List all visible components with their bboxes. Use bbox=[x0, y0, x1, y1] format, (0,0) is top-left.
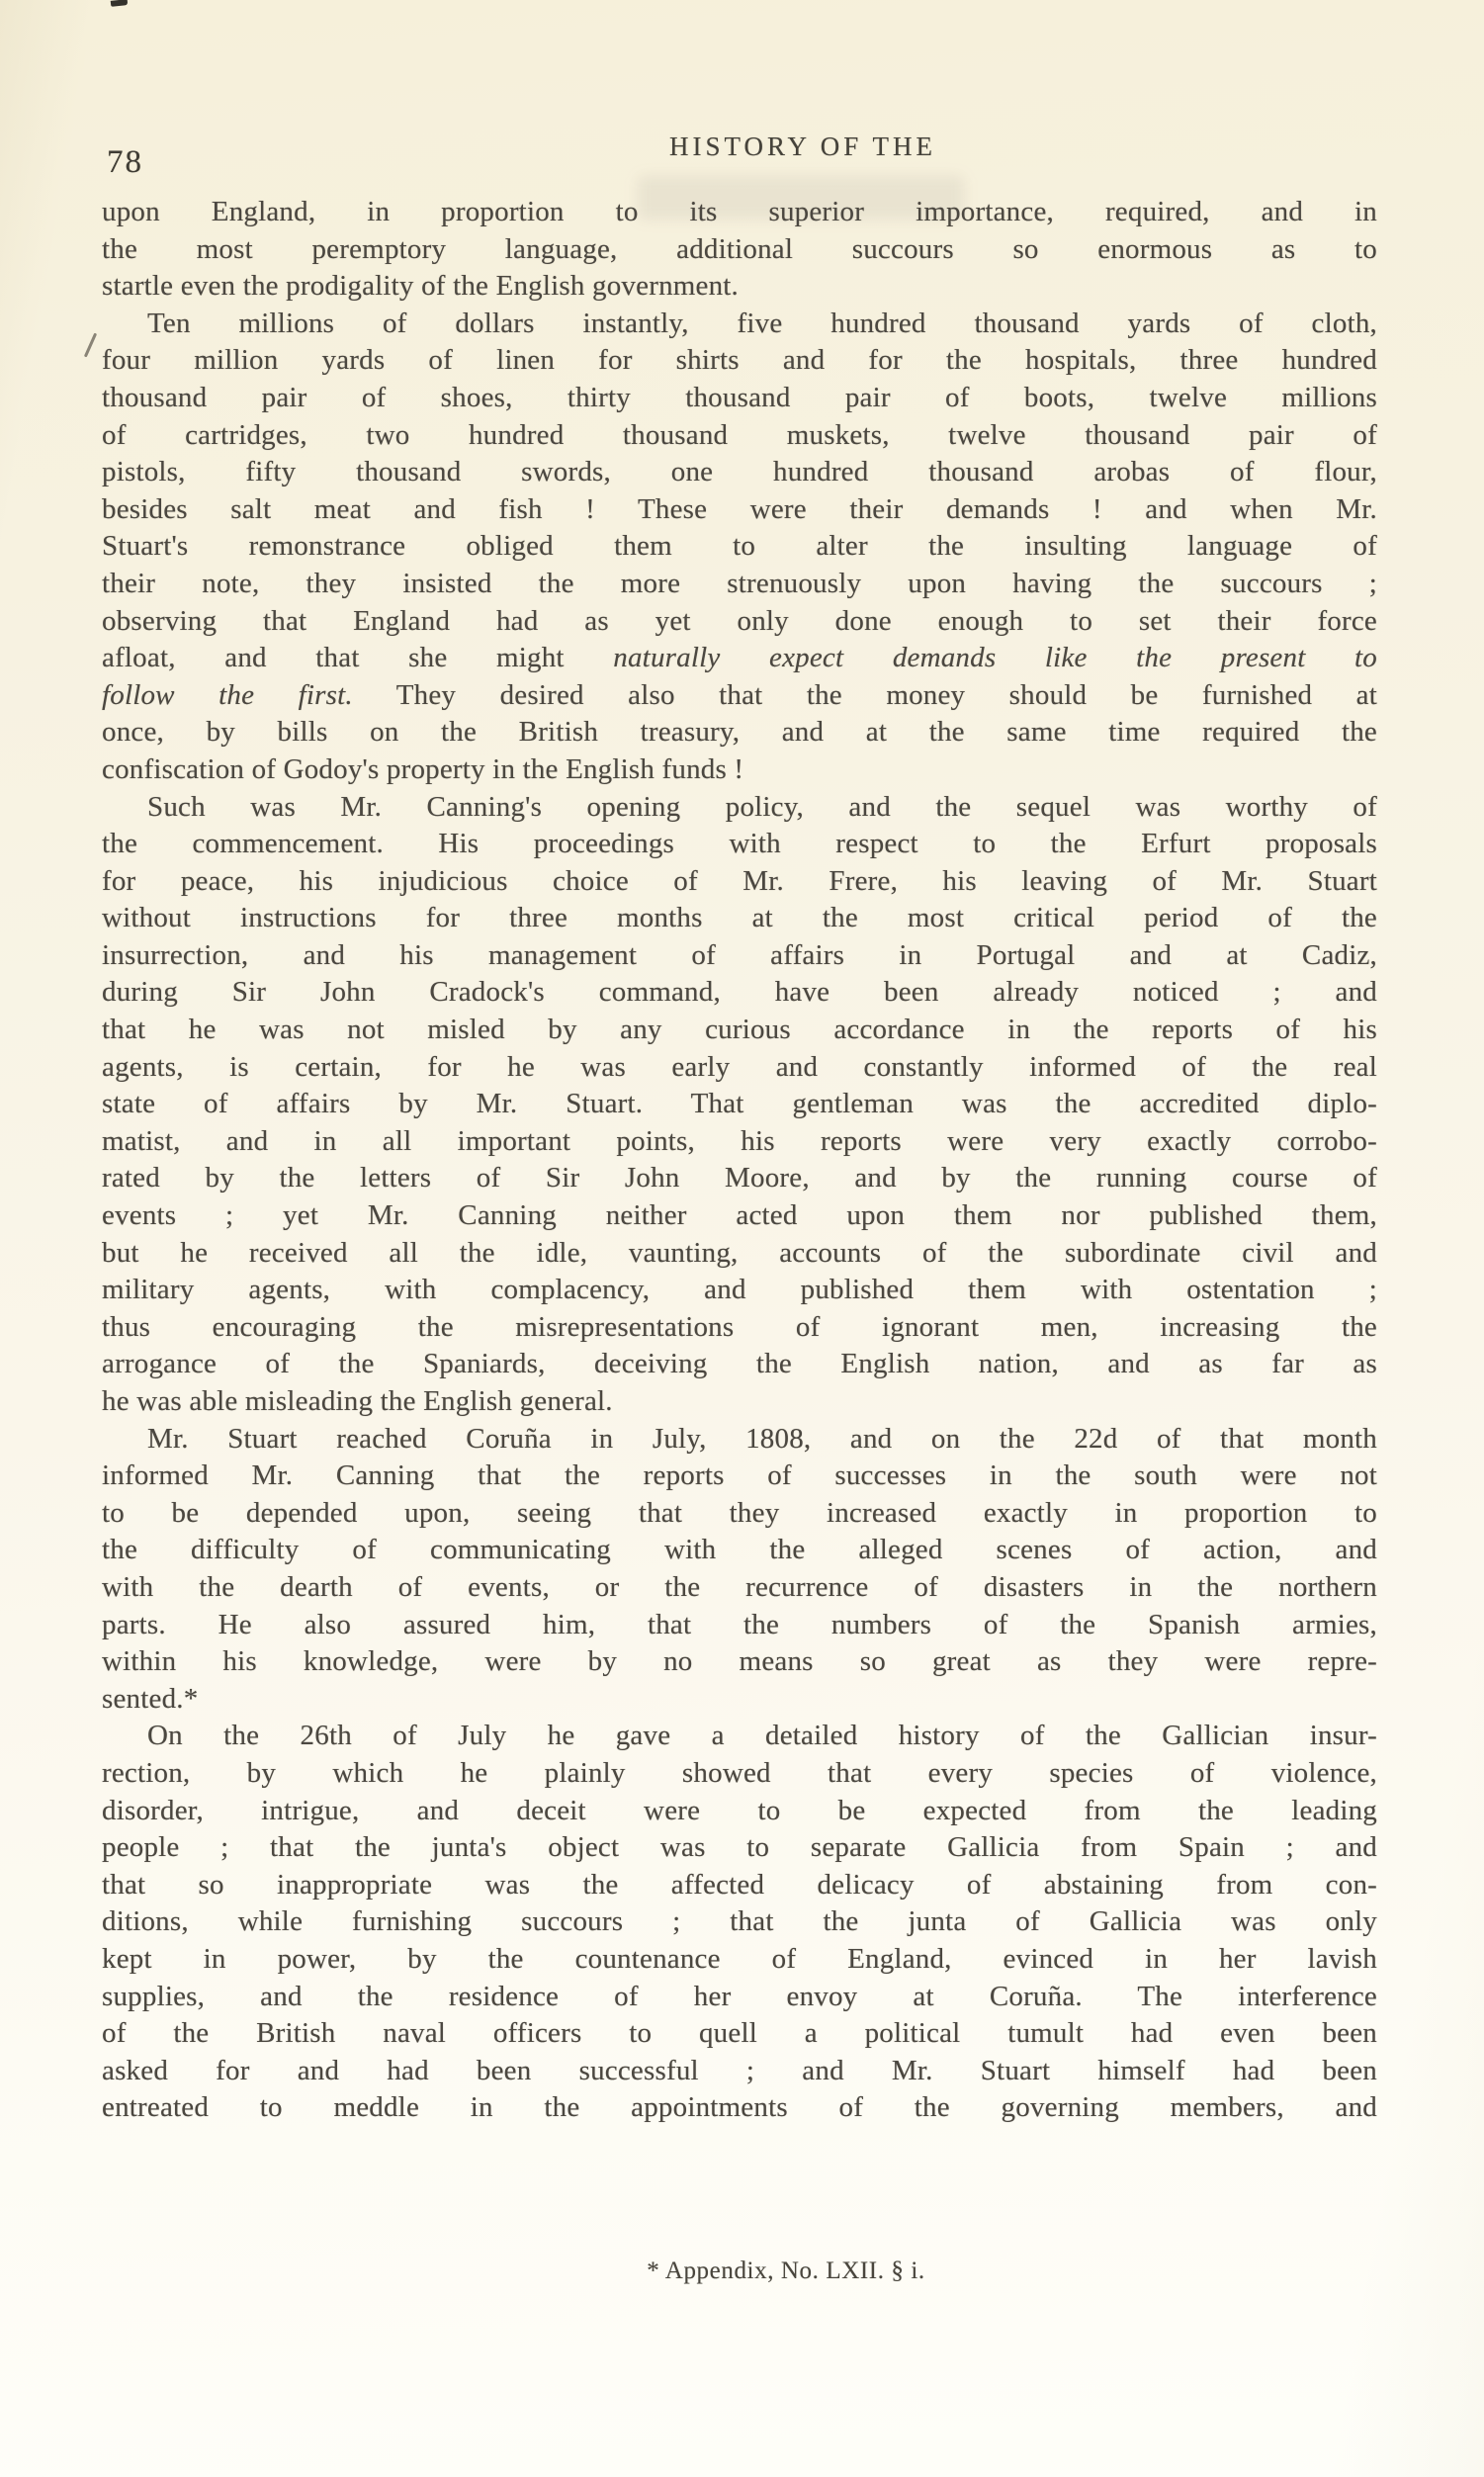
text-line: military agents, with complacency, and p… bbox=[102, 1272, 1377, 1309]
scan-speck bbox=[111, 0, 129, 7]
running-head: HISTORY OF THE bbox=[669, 132, 936, 162]
book-page: 78 HISTORY OF THE upon England, in propo… bbox=[0, 0, 1484, 2477]
text-line: Ten millions of dollars instantly, five … bbox=[102, 306, 1377, 343]
text-line: besides salt meat and fish ! These were … bbox=[102, 491, 1377, 529]
text-line: that so inappropriate was the affected d… bbox=[102, 1867, 1377, 1904]
text-line: startle even the prodigality of the Engl… bbox=[102, 268, 1377, 306]
text-line: informed Mr. Canning that the reports of… bbox=[102, 1458, 1377, 1495]
paragraph: On the 26th of July he gave a detailed h… bbox=[102, 1718, 1377, 2127]
footnote: * Appendix, No. LXII. § i. bbox=[647, 2257, 925, 2285]
text-line: state of affairs by Mr. Stuart. That gen… bbox=[102, 1086, 1377, 1123]
text-line: Mr. Stuart reached Coruña in July, 1808,… bbox=[102, 1421, 1377, 1459]
text-line: rection, by which he plainly showed that… bbox=[102, 1755, 1377, 1793]
paragraph: Such was Mr. Canning's opening policy, a… bbox=[102, 789, 1377, 1421]
text-line: during Sir John Cradock's command, have … bbox=[102, 974, 1377, 1012]
text-line: thousand pair of shoes, thirty thousand … bbox=[102, 380, 1377, 417]
text-line: Stuart's remonstrance obliged them to al… bbox=[102, 528, 1377, 566]
text-line: kept in power, by the countenance of Eng… bbox=[102, 1941, 1377, 1979]
text-line: once, by bills on the British treasury, … bbox=[102, 714, 1377, 752]
text-line: observing that England had as yet only d… bbox=[102, 603, 1377, 641]
page-body: upon England, in proportion to its super… bbox=[102, 194, 1377, 2127]
text-line: pistols, fifty thousand swords, one hund… bbox=[102, 454, 1377, 491]
paragraph: Mr. Stuart reached Coruña in July, 1808,… bbox=[102, 1421, 1377, 1719]
text-line: people ; that the junta's object was to … bbox=[102, 1829, 1377, 1867]
text-line: afloat, and that she might naturally exp… bbox=[102, 640, 1377, 677]
text-line: for peace, his injudicious choice of Mr.… bbox=[102, 863, 1377, 901]
text-line: Such was Mr. Canning's opening policy, a… bbox=[102, 789, 1377, 827]
text-line: upon England, in proportion to its super… bbox=[102, 194, 1377, 231]
text-line: thus encouraging the misrepresentations … bbox=[102, 1309, 1377, 1347]
text-line: On the 26th of July he gave a detailed h… bbox=[102, 1718, 1377, 1755]
text-line: agents, is certain, for he was early and… bbox=[102, 1049, 1377, 1087]
text-line: but he received all the idle, vaunting, … bbox=[102, 1235, 1377, 1273]
text-line: confiscation of Godoy's property in the … bbox=[102, 752, 1377, 789]
italic-text: naturally expect demands like the presen… bbox=[613, 642, 1377, 673]
text-line: rated by the letters of Sir John Moore, … bbox=[102, 1160, 1377, 1197]
text-line: he was able misleading the English gener… bbox=[102, 1383, 1377, 1421]
text-line: supplies, and the residence of her envoy… bbox=[102, 1979, 1377, 2016]
italic-text: follow the first. bbox=[102, 679, 353, 711]
text-line: to be depended upon, seeing that they in… bbox=[102, 1495, 1377, 1533]
text-line: asked for and had been successful ; and … bbox=[102, 2053, 1377, 2090]
page-number: 78 bbox=[107, 144, 143, 181]
text-line: arrogance of the Spaniards, deceiving th… bbox=[102, 1346, 1377, 1383]
text-line: of cartridges, two hundred thousand musk… bbox=[102, 417, 1377, 455]
paragraph: upon England, in proportion to its super… bbox=[102, 194, 1377, 306]
text-line: without instructions for three months at… bbox=[102, 900, 1377, 937]
text-line: matist, and in all important points, his… bbox=[102, 1123, 1377, 1161]
text-line: events ; yet Mr. Canning neither acted u… bbox=[102, 1197, 1377, 1235]
text-line: the difficulty of communicating with the… bbox=[102, 1532, 1377, 1569]
text-line: the most peremptory language, additional… bbox=[102, 231, 1377, 269]
text-line: with the dearth of events, or the recurr… bbox=[102, 1569, 1377, 1607]
text-line: the commencement. His proceedings with r… bbox=[102, 826, 1377, 863]
text-line: insurrection, and his management of affa… bbox=[102, 937, 1377, 975]
text-line: four million yards of linen for shirts a… bbox=[102, 342, 1377, 380]
text-line: their note, they insisted the more stren… bbox=[102, 566, 1377, 603]
text-line: within his knowledge, were by no means s… bbox=[102, 1643, 1377, 1681]
text-line: follow the first. They desired also that… bbox=[102, 677, 1377, 715]
text-line: of the British naval officers to quell a… bbox=[102, 2015, 1377, 2053]
text-line: ditions, while furnishing succours ; tha… bbox=[102, 1903, 1377, 1941]
paragraph: Ten millions of dollars instantly, five … bbox=[102, 306, 1377, 789]
text-line: entreated to meddle in the appointments … bbox=[102, 2089, 1377, 2127]
text-line: sented.* bbox=[102, 1681, 1377, 1719]
text-line: parts. He also assured him, that the num… bbox=[102, 1607, 1377, 1644]
text-line: disorder, intrigue, and deceit were to b… bbox=[102, 1793, 1377, 1830]
text-line: that he was not misled by any curious ac… bbox=[102, 1012, 1377, 1049]
margin-pen-mark bbox=[84, 333, 97, 358]
